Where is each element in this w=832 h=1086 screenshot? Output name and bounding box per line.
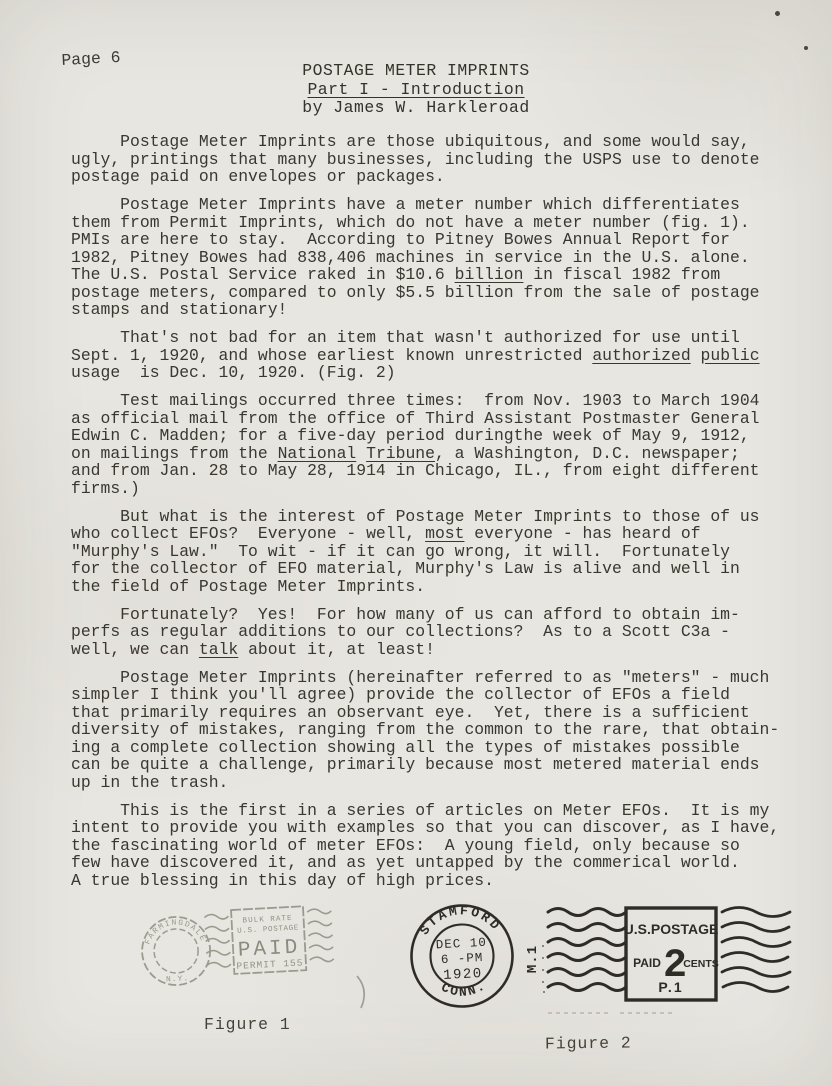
meter-box-cents: CENTS [683, 958, 719, 970]
paragraph: Fortunately? Yes! For how many of us can… [71, 606, 779, 659]
meter-box-us-postage: U.S.POSTAGE [624, 921, 719, 937]
paragraph: Postage Meter Imprints (hereinafter refe… [71, 669, 779, 792]
svg-text:FARMINGDALE: FARMINGDALE [142, 917, 207, 947]
cancel-wavy-lines-right [722, 908, 790, 992]
scan-dots [542, 945, 545, 993]
paragraph: This is the first in a series of article… [71, 802, 779, 890]
paragraph: Postage Meter Imprints have a meter numb… [71, 196, 779, 319]
figure2-date-line: DEC 10 [436, 936, 488, 953]
figure1-town-arc-text: FARMINGDALE [142, 917, 207, 947]
article-byline: by James W. Harkleroad [0, 99, 832, 118]
figure2-time-line: 6 -PM [441, 951, 484, 967]
figure2-caption: Figure 2 [545, 1034, 632, 1054]
scan-speck [774, 10, 780, 16]
figure1-state-text: N.Y. [166, 974, 190, 984]
body-paragraphs: Postage Meter Imprints are those ubiquit… [71, 133, 779, 900]
scan-speck [804, 46, 808, 50]
paragraph: That's not bad for an item that wasn't a… [71, 329, 779, 382]
cancel-wavy-lines-left [548, 909, 626, 991]
figure2-meter-imprint: STAMFORD CONN. DEC 10 6 -PM 1920 M.1 [398, 896, 798, 1021]
figure2-meter-number: M.1 [525, 945, 541, 973]
postmark-inner-ring [153, 928, 199, 974]
figure1-caption: Figure 1 [204, 1015, 291, 1034]
stray-pen-mark [352, 972, 376, 1012]
permit-box-bulk-rate: BULK RATE [242, 915, 292, 926]
paragraph: But what is the interest of Postage Mete… [71, 508, 779, 596]
paragraph: Postage Meter Imprints are those ubiquit… [71, 133, 779, 186]
figure2-year-line: 1920 [443, 966, 483, 984]
meter-box-paid: PAID [633, 956, 661, 970]
paragraph: Test mailings occurred three times: from… [71, 392, 779, 497]
article-header: POSTAGE METER IMPRINTS Part I - Introduc… [0, 62, 832, 118]
meter-box-p1: P.1 [658, 979, 683, 995]
cancel-wavy-lines-right [307, 908, 334, 962]
permit-box-permit-number: PERMIT 155 [236, 957, 303, 971]
article-title: POSTAGE METER IMPRINTS [0, 62, 832, 81]
article-subtitle: Part I - Introduction [0, 81, 832, 100]
figure1-permit-imprint: FARMINGDALE N.Y. BULK RATE U.S. POSTAGE … [94, 903, 344, 1015]
scanned-page: Page 6 POSTAGE METER IMPRINTS Part I - I… [0, 0, 832, 1086]
permit-box-us-postage: U.S. POSTAGE [237, 925, 299, 936]
